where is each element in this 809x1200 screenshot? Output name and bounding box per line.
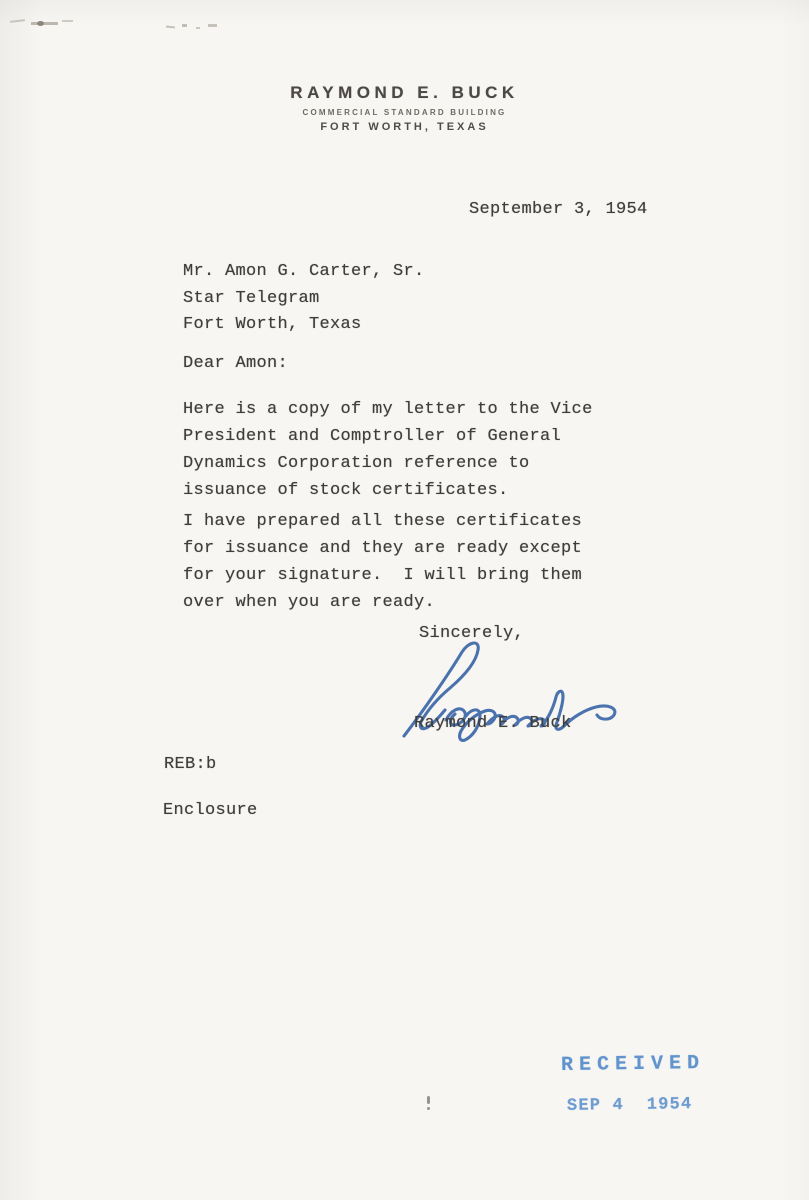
recipient-address: Mr. Amon G. Carter, Sr. Star Telegram Fo… [183,259,425,339]
ink-fleck [427,1107,430,1110]
letter-page: RAYMOND E. BUCK COMMERCIAL STANDARD BUIL… [0,0,809,1200]
body-paragraph-1: Here is a copy of my letter to the Vice … [183,396,593,504]
enclosure-note: Enclosure [163,797,258,824]
typed-signature-name: Raymond E. Buck [414,710,572,737]
pencil-mark [37,21,44,26]
ink-fleck [427,1096,430,1104]
pencil-mark [182,24,187,27]
pencil-mark [10,19,25,23]
salutation: Dear Amon: [183,350,288,377]
pencil-mark [196,27,200,29]
typist-initials: REB:b [164,751,217,778]
stamp-received-text: RECEIVED [561,1052,705,1077]
letterhead-name: RAYMOND E. BUCK [0,83,809,103]
pencil-mark [208,24,217,27]
letterhead-address: COMMERCIAL STANDARD BUILDING [0,108,809,117]
body-paragraph-2: I have prepared all these certificates f… [183,508,582,616]
pencil-mark [62,20,73,22]
pencil-mark [31,22,58,25]
letterhead-city: FORT WORTH, TEXAS [0,121,809,133]
stamp-date-text: SEP 4 1954 [567,1095,693,1116]
date-line: September 3, 1954 [469,196,648,223]
pencil-mark [166,26,175,29]
